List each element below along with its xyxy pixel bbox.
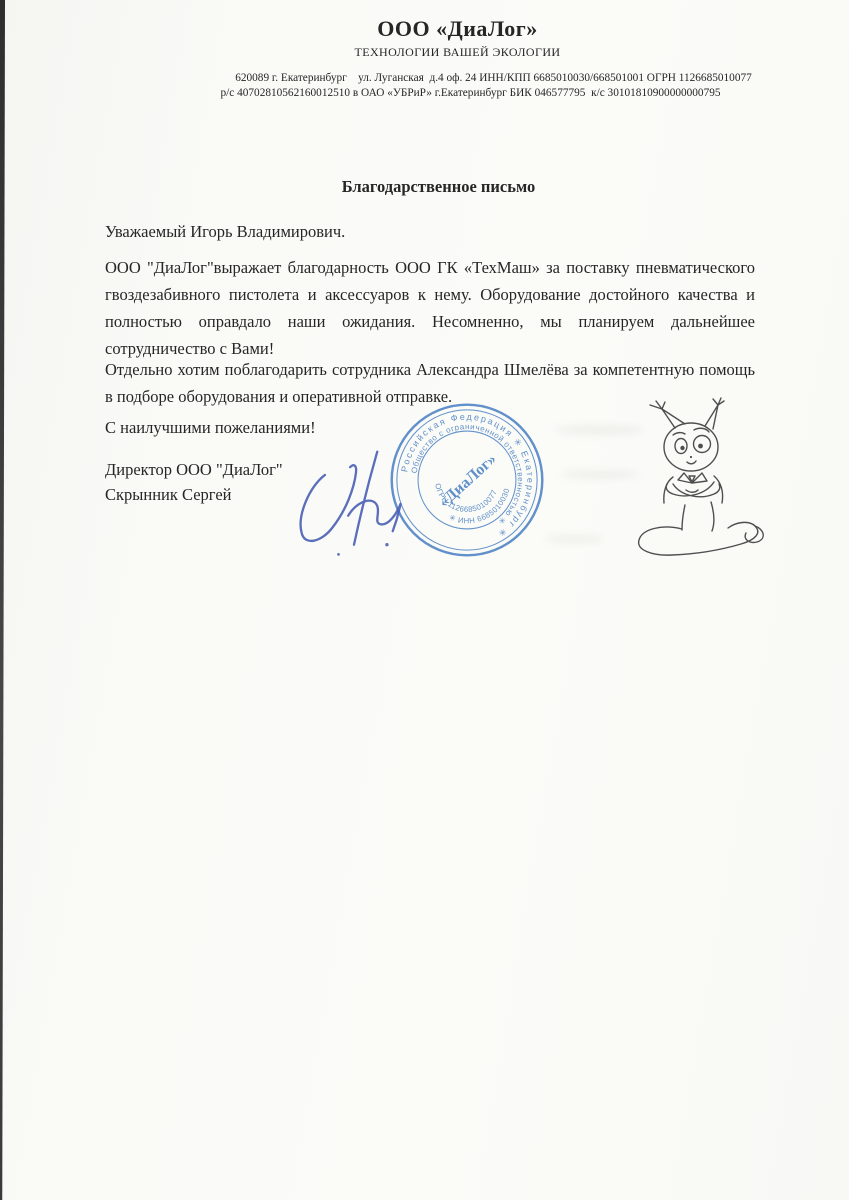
- handwritten-signature: [292, 445, 447, 563]
- letterhead: ООО «ДиаЛог» ТЕХНОЛОГИИ ВАШЕЙ ЭКОЛОГИИ: [33, 16, 849, 60]
- letter-title: Благодарственное письмо: [14, 177, 849, 197]
- mascot-tail: [639, 522, 758, 555]
- scan-smudge: [545, 535, 605, 543]
- address-line-1: 620089 г. Екатеринбург ул. Луганская д.4…: [69, 71, 849, 86]
- company-name: ООО «ДиаЛог»: [33, 16, 849, 42]
- scanned-letter-page: ООО «ДиаЛог» ТЕХНОЛОГИИ ВАШЕЙ ЭКОЛОГИИ 6…: [0, 0, 849, 1200]
- mascot-tail-curl: [745, 526, 763, 542]
- body-paragraph-1: ООО "ДиаЛог"выражает благодарность ООО Г…: [105, 254, 755, 362]
- salutation: Уважаемый Игорь Владимирович.: [105, 222, 755, 242]
- address-line-2: р/с 40702810562160012510 в ОАО «УБРиР» г…: [46, 86, 849, 101]
- squirrel-mascot: [628, 396, 793, 557]
- scan-edge-artifact: [0, 0, 5, 1200]
- company-tagline: ТЕХНОЛОГИИ ВАШЕЙ ЭКОЛОГИИ: [33, 45, 849, 60]
